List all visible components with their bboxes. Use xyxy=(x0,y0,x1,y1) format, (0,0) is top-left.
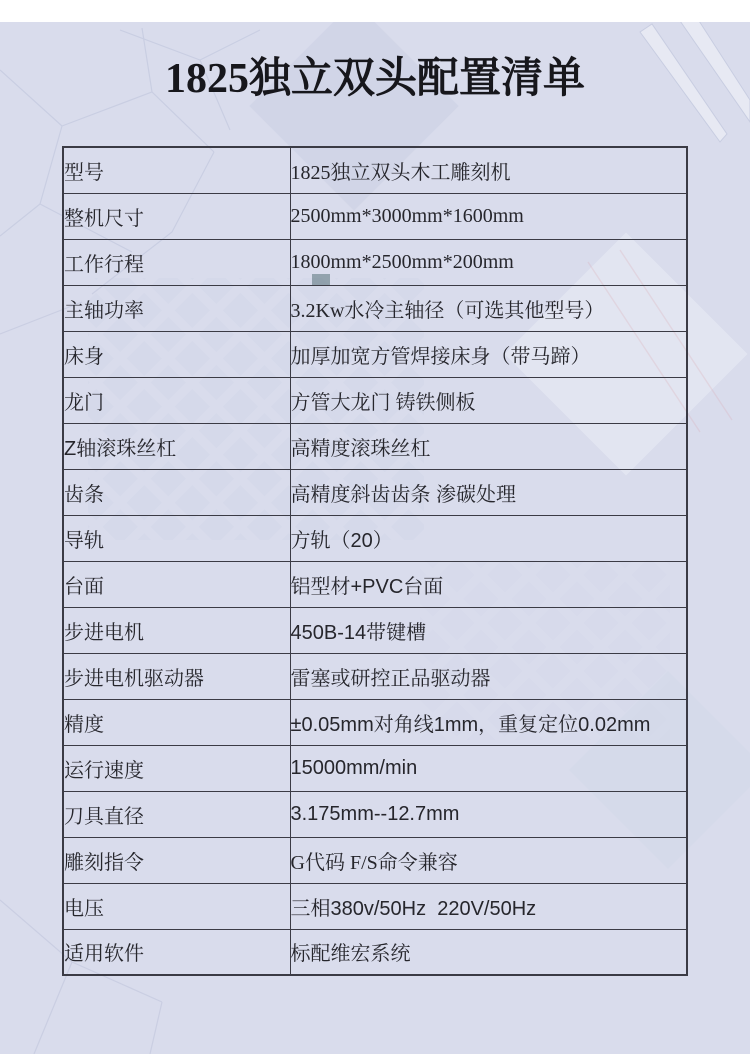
spec-label: 型号 xyxy=(63,147,290,193)
spec-label: 工作行程 xyxy=(63,239,290,285)
table-row: 导轨方轨（20） xyxy=(63,515,687,561)
spec-label: 齿条 xyxy=(63,469,290,515)
spec-label: 整机尺寸 xyxy=(63,193,290,239)
spec-value: 加厚加宽方管焊接床身（带马蹄） xyxy=(290,331,687,377)
table-row: 型号1825独立双头木工雕刻机 xyxy=(63,147,687,193)
spec-label: 运行速度 xyxy=(63,745,290,791)
table-row: 整机尺寸2500mm*3000mm*1600mm xyxy=(63,193,687,239)
spec-label: 电压 xyxy=(63,883,290,929)
table-row: 精度±0.05mm对角线1mm，重复定位0.02mm xyxy=(63,699,687,745)
table-row: 步进电机驱动器雷塞或研控正品驱动器 xyxy=(63,653,687,699)
spec-value: 450B-14带键槽 xyxy=(290,607,687,653)
table-row: 雕刻指令G代码 F/S命令兼容 xyxy=(63,837,687,883)
table-row: 适用软件标配维宏系统 xyxy=(63,929,687,975)
spec-label: 雕刻指令 xyxy=(63,837,290,883)
spec-label: 刀具直径 xyxy=(63,791,290,837)
spec-value: ±0.05mm对角线1mm，重复定位0.02mm xyxy=(290,699,687,745)
spec-label: Z轴滚珠丝杠 xyxy=(63,423,290,469)
spec-label: 主轴功率 xyxy=(63,285,290,331)
spec-value: 方轨（20） xyxy=(290,515,687,561)
table-row: 运行速度15000mm/min xyxy=(63,745,687,791)
page-title: 1825独立双头配置清单 xyxy=(0,54,750,104)
table-row: 台面铝型材+PVC台面 xyxy=(63,561,687,607)
spec-value: 方管大龙门 铸铁侧板 xyxy=(290,377,687,423)
spec-value: 2500mm*3000mm*1600mm xyxy=(290,193,687,239)
spec-value: 3.2Kw水冷主轴径（可选其他型号） xyxy=(290,285,687,331)
table-row: 龙门方管大龙门 铸铁侧板 xyxy=(63,377,687,423)
spec-value: 1825独立双头木工雕刻机 xyxy=(290,147,687,193)
spec-label: 适用软件 xyxy=(63,929,290,975)
table-row: 床身加厚加宽方管焊接床身（带马蹄） xyxy=(63,331,687,377)
table-row: 主轴功率3.2Kw水冷主轴径（可选其他型号） xyxy=(63,285,687,331)
spec-value: G代码 F/S命令兼容 xyxy=(290,837,687,883)
spec-label: 床身 xyxy=(63,331,290,377)
spec-table-body: 型号1825独立双头木工雕刻机整机尺寸2500mm*3000mm*1600mm工… xyxy=(63,147,687,975)
spec-value: 雷塞或研控正品驱动器 xyxy=(290,653,687,699)
top-strip xyxy=(0,0,750,22)
spec-value: 15000mm/min xyxy=(290,745,687,791)
table-row: 刀具直径3.175mm--12.7mm xyxy=(63,791,687,837)
spec-table: 型号1825独立双头木工雕刻机整机尺寸2500mm*3000mm*1600mm工… xyxy=(62,146,688,976)
spec-value: 三相380v/50Hz 220V/50Hz xyxy=(290,883,687,929)
spec-label: 台面 xyxy=(63,561,290,607)
spec-value: 标配维宏系统 xyxy=(290,929,687,975)
spec-value: 3.175mm--12.7mm xyxy=(290,791,687,837)
spec-label: 龙门 xyxy=(63,377,290,423)
spec-value: 高精度斜齿齿条 渗碳处理 xyxy=(290,469,687,515)
spec-label: 步进电机 xyxy=(63,607,290,653)
spec-label: 导轨 xyxy=(63,515,290,561)
table-row: 步进电机450B-14带键槽 xyxy=(63,607,687,653)
table-row: 工作行程1800mm*2500mm*200mm xyxy=(63,239,687,285)
spec-value: 高精度滚珠丝杠 xyxy=(290,423,687,469)
spec-value: 铝型材+PVC台面 xyxy=(290,561,687,607)
table-row: Z轴滚珠丝杠高精度滚珠丝杠 xyxy=(63,423,687,469)
spec-label: 步进电机驱动器 xyxy=(63,653,290,699)
table-row: 齿条高精度斜齿齿条 渗碳处理 xyxy=(63,469,687,515)
table-row: 电压三相380v/50Hz 220V/50Hz xyxy=(63,883,687,929)
spec-value: 1800mm*2500mm*200mm xyxy=(290,239,687,285)
spec-label: 精度 xyxy=(63,699,290,745)
